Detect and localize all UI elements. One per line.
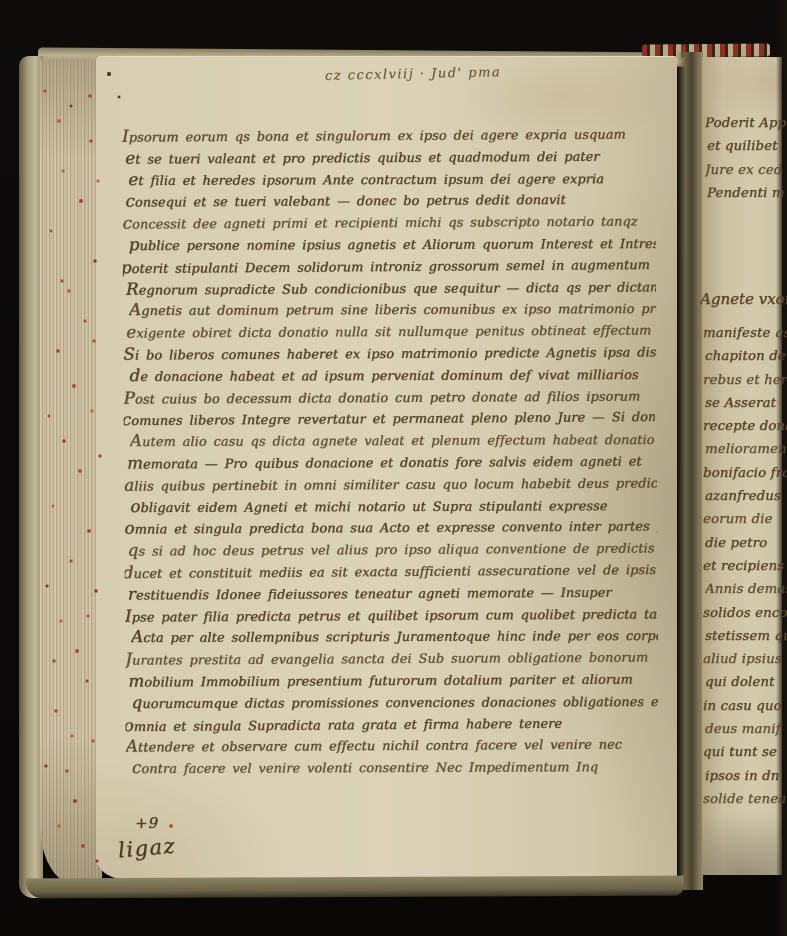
right-page-line: Pendenti m [707, 182, 787, 205]
bottom-cover-edge [26, 876, 684, 899]
manuscript-text-block: Ipsorum eorum qs bona et singulorum ex i… [122, 122, 659, 785]
right-page-line: aliud ipsius [703, 648, 787, 671]
right-page-line: recepte donac [703, 415, 787, 438]
right-page-line: solidos encon [703, 602, 787, 625]
manuscript-line: Acta per alte sollempnibus scripturis Ju… [131, 624, 659, 648]
right-page-line: deus manif [705, 718, 787, 741]
binder-note: ligaz [117, 834, 177, 863]
manuscript-line: Attendere et observare cum effectu nichi… [126, 733, 659, 758]
manuscript-line: aliis quibus pertinebit in omni similite… [124, 471, 657, 496]
right-page-line: ipsos in dn [705, 765, 787, 788]
manuscript-line: et se tueri valeant et pro predictis qui… [125, 144, 658, 169]
manuscript-line: exigente obiret dicta donatio nulla sit … [126, 319, 659, 344]
manuscript-line: quorumcumque dictas promissiones convenc… [131, 690, 659, 714]
right-page-line: qui tunt se [703, 741, 787, 764]
manuscript-line: contra facere vel venire volenti consent… [132, 755, 659, 779]
right-page-line: stetissem qui [705, 625, 787, 648]
right-page-body-block: manifeste qschapiton derebus et heredse … [703, 322, 787, 811]
manuscript-line: Si bo liberos comunes haberet ex ipso ma… [123, 340, 656, 365]
manuscript-line: Regnorum supradicte Sub condicionibus qu… [126, 275, 659, 300]
right-page-line: se Asserat [705, 392, 787, 415]
right-page-line: et quilibet [707, 135, 787, 158]
manuscript-line: Ipse pater filia predicta petrus et quil… [125, 602, 658, 627]
right-page-line: rebus et hered [703, 369, 787, 392]
right-page-line: bonifacio fra [703, 462, 787, 485]
manuscript-photo: cz cccxlviij · Jud' pma Ipsorum eorum qs… [0, 0, 787, 936]
page-fore-edge-stack [40, 60, 102, 884]
right-page-line: solide tenea [703, 788, 787, 811]
right-page-line: Annis demas [705, 578, 787, 601]
book-gutter [677, 52, 703, 890]
right-page-heading: Agnete vxor [700, 290, 787, 308]
manuscript-line: Autem alio casu qs dicta agnete valeat e… [130, 428, 659, 452]
manuscript-line: Agnetis aut dominum petrum sine liberis … [129, 297, 659, 321]
right-page-line: manifeste qs [703, 322, 787, 345]
right-page-top-block: Poderit Appet quilibetJure ex cedPendent… [705, 112, 787, 205]
manuscript-line: restituendis Idonee fideiussores teneatu… [128, 580, 659, 605]
right-page-line: melioramentum [705, 438, 787, 461]
quire-mark: +9 [135, 814, 159, 832]
right-page-line: die petro [705, 532, 787, 555]
manuscript-line: obligavit eidem Agneti et michi notario … [130, 493, 659, 517]
right-page-line: Jure ex ced [705, 159, 787, 182]
manuscript-line: publice persone nomine ipsius agnetis et… [129, 232, 659, 256]
right-page-line: azanfredus [705, 485, 787, 508]
red-edge-speckles [0, 0, 2, 2]
right-page-line: eorum die [703, 508, 787, 531]
manuscript-line: et filia et heredes ipsorum Ante contrac… [128, 166, 659, 190]
right-page-line: in casu quo [703, 695, 787, 718]
manuscript-line: de donacione habeat et ad ipsum pervenia… [129, 363, 659, 387]
right-page-line: Poderit App [705, 112, 787, 135]
right-page-line: et recipiens [703, 555, 787, 578]
manuscript-line: mobilium Immobilium presentium futurorum… [128, 667, 659, 692]
manuscript-line: concessit dee agneti primi et recipienti… [123, 210, 656, 235]
right-page-line: chapiton de [705, 345, 787, 368]
right-page-line: qui dolent [705, 671, 787, 694]
